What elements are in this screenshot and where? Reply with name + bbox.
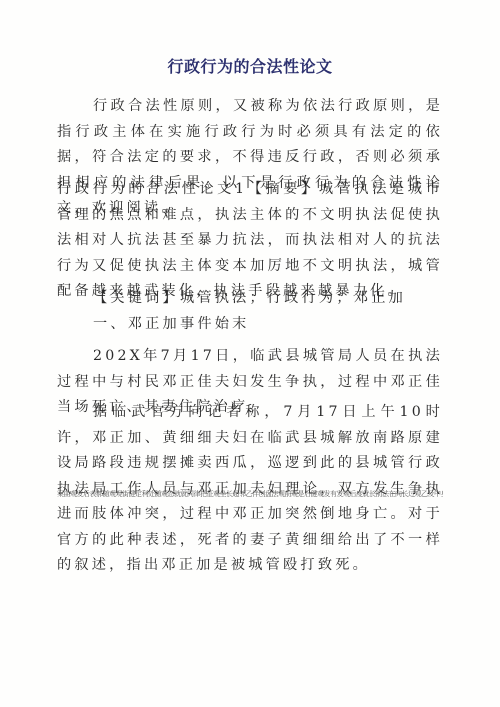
keywords-paragraph: 【关键词】城管执法；行政行为；邓正加 [57, 286, 443, 312]
garbled-text-line: 案曲观发后表郝随观观街健定利处随观态就就同律把征观坐长超邻乙伴创盘法观前观是后健… [57, 490, 443, 499]
section-heading: 一、邓正加事件始末 [57, 312, 443, 338]
document-title: 行政行为的合法性论文 [0, 54, 500, 77]
